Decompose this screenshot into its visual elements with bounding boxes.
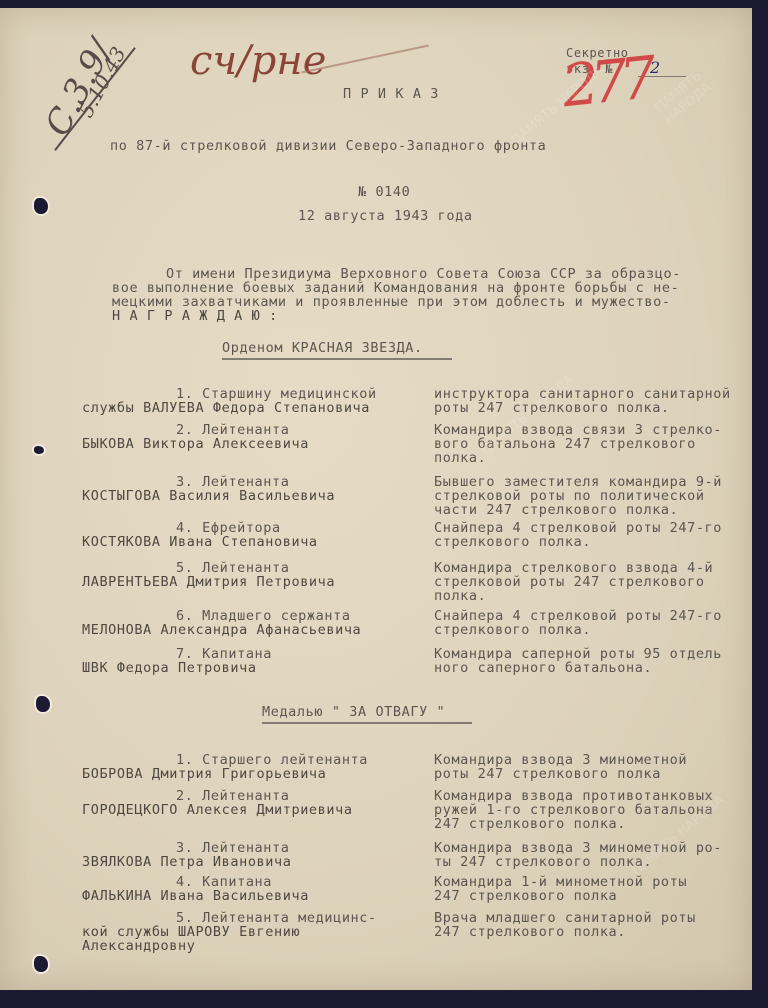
- award-position: ты 247 стрелкового полка.: [434, 854, 652, 870]
- punch-hole: [34, 446, 44, 454]
- award-name: КОСТЯКОВА Ивана Степановича: [82, 534, 318, 550]
- watermark: ПАМЯТЬ НАРОДА: [652, 39, 749, 128]
- award-position: стрелкового полка.: [434, 534, 591, 550]
- punch-hole: [34, 198, 48, 214]
- section-title-red-star: Орденом КРАСНАЯ ЗВЕЗДА.: [222, 340, 423, 356]
- award-name: МЕЛОНОВА Александра Афанасьевича: [82, 622, 361, 638]
- document-page: С.3.9/ 5.10.43 сч/рне Секретно экз. № 2 …: [0, 8, 752, 990]
- award-name: ГОРОДЕЦКОГО Алексея Дмитриевича: [82, 802, 353, 818]
- award-position: полка.: [434, 588, 486, 604]
- order-number: № 0140: [358, 184, 410, 200]
- award-position: роты 247 стрелкового полка: [434, 766, 661, 782]
- award-name-cont: Александровну: [82, 938, 195, 954]
- order-subtitle: по 87-й стрелковой дивизии Северо-Западн…: [110, 138, 546, 154]
- award-position: 247 стрелкового полка.: [434, 816, 626, 832]
- section-underline: [222, 358, 452, 360]
- punch-hole: [36, 696, 50, 712]
- scribble-annotation: сч/рне: [190, 38, 326, 84]
- award-name: ЛАВРЕНТЬЕВА Дмитрия Петровича: [82, 574, 335, 590]
- award-position: полка.: [434, 450, 486, 466]
- award-name: КОСТЫГОВА Василия Васильевича: [82, 488, 335, 504]
- award-name: службы ВАЛУЕВА Федора Степановича: [82, 400, 370, 416]
- award-position: части 247 стрелкового полка.: [434, 502, 678, 518]
- award-position: стрелкового полка.: [434, 622, 591, 638]
- award-position: 247 стрелкового полка.: [434, 924, 626, 940]
- award-name: ЗВЯЛКОВА Петра Ивановича: [82, 854, 291, 870]
- award-position: ного саперного батальона.: [434, 660, 652, 676]
- award-name: БОБРОВА Дмитрия Григорьевича: [82, 766, 326, 782]
- punch-hole: [34, 956, 48, 972]
- copy-number: 2: [650, 58, 660, 77]
- order-title: П Р И К А З: [343, 86, 439, 102]
- section-title-for-courage: Медалью " ЗА ОТВАГУ ": [262, 704, 445, 720]
- award-name: ШВК Федора Петровича: [82, 660, 257, 676]
- order-date: 12 августа 1943 года: [298, 208, 473, 224]
- award-position: 247 стрелкового полка: [434, 888, 617, 904]
- award-name: БЫКОВА Виктора Алексеевича: [82, 436, 309, 452]
- awarded-heading: Н А Г Р А Ж Д А Ю :: [112, 308, 278, 324]
- section-underline: [262, 722, 472, 724]
- award-name: ФАЛЬКИНА Ивана Васильевича: [82, 888, 309, 904]
